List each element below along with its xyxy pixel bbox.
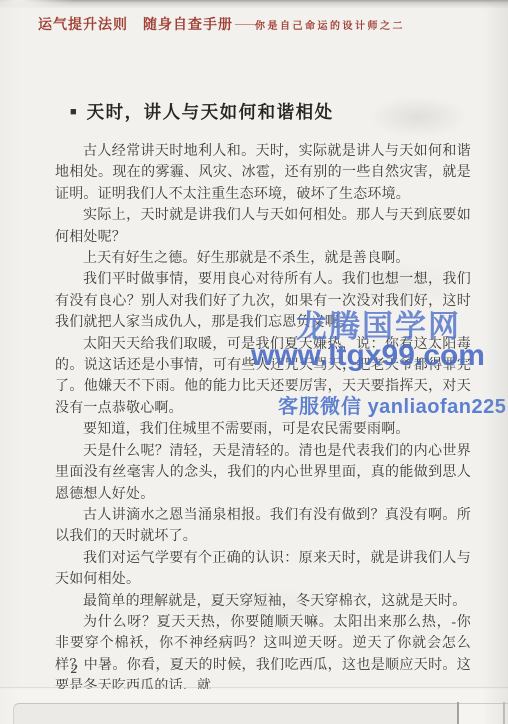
body-paragraph: 为什么呀？夏天天热，你要随顺天嘛。太阳出来那么热，-你非要穿个棉袄，你不神经病吗… xyxy=(55,612,471,698)
page-number: 2 xyxy=(71,661,78,677)
square-bullet-icon: ■ xyxy=(70,107,77,118)
scan-edge-bottom-separator xyxy=(0,687,508,688)
scan-page-edge-line-right xyxy=(503,702,505,724)
body-paragraph: 实际上，天时就是讲我们人与天如何相处。那人与天到底要如何相处呢？ xyxy=(55,205,471,248)
section-title: 天时，讲人与天如何和谐相处 xyxy=(87,99,334,124)
scan-underlying-page xyxy=(13,703,458,724)
body-text-block: 古人经常讲天时地利人和。天时，实际就是讲人与天如何和谐地相处。现在的雾霾、风灾、… xyxy=(55,141,471,698)
body-paragraph: 太阳天天给我们取暖，可是我们夏天嫌热，说：你看这太阳毒的。说这话还是小事情，可有… xyxy=(55,334,471,420)
scan-underlying-page-right xyxy=(459,703,508,724)
body-paragraph: 要知道，我们住城里不需要雨，可是农民需要雨啊。 xyxy=(55,419,471,440)
scanned-book-page: 运气提升法则 随身自查手册——你是自己命运的设计师之二 ■ 天时，讲人与天如何和… xyxy=(0,0,508,724)
body-paragraph: 古人经常讲天时地利人和。天时，实际就是讲人与天如何和谐地相处。现在的雾霾、风灾、… xyxy=(55,141,471,205)
body-paragraph: 我们平时做事情，要用良心对待所有人。我们也想一想，我们有没有良心？别人对我们好了… xyxy=(55,269,471,333)
section-title-row: ■ 天时，讲人与天如何和谐相处 xyxy=(70,99,334,124)
running-header: 运气提升法则 随身自查手册——你是自己命运的设计师之二 xyxy=(38,14,405,34)
body-paragraph: 我们对运气学要有个正确的认识：原来天时，就是讲我们人与天如何相处。 xyxy=(55,548,471,591)
body-paragraph: 最简单的理解就是，夏天穿短袖，冬天穿棉衣，这就是天时。 xyxy=(55,591,471,612)
scan-smudge xyxy=(368,96,468,138)
body-paragraph: 古人讲滴水之恩当涌泉相报。我们有没有做到？真没有啊。所以我们的天时就坏了。 xyxy=(55,505,471,548)
running-header-title: 运气提升法则 随身自查手册 xyxy=(38,18,233,33)
body-paragraph: 上天有好生之德。好生那就是不杀生，就是善良啊。 xyxy=(55,248,471,269)
body-paragraph: 天是什么呢？清轻，天是清轻的。清也是代表我们的内心世界里面没有丝毫害人的念头，我… xyxy=(55,441,471,505)
running-header-subtitle: 你是自己命运的设计师之二 xyxy=(255,21,405,32)
scan-edge-top xyxy=(0,0,508,9)
running-header-dash: —— xyxy=(235,18,255,30)
